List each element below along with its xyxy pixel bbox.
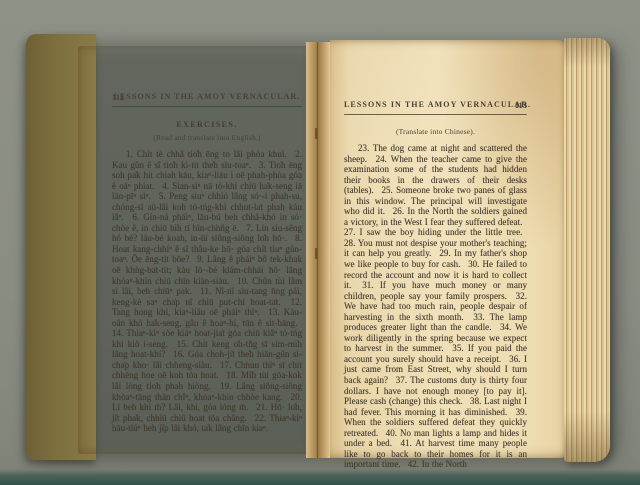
right-header-rule bbox=[344, 114, 527, 115]
left-body-text: 1. Chit tè chhâ tio̍h ēng to lâi phòa kh… bbox=[112, 149, 302, 434]
table-edge bbox=[0, 469, 640, 485]
right-page-edge-stack bbox=[564, 38, 610, 462]
right-page-number: 113 bbox=[515, 100, 527, 110]
right-instruction: (Translate into Chinese). bbox=[344, 127, 527, 136]
left-header-rule bbox=[112, 106, 302, 107]
book-gutter bbox=[306, 42, 330, 458]
left-instruction: (Read and translate into English.) bbox=[112, 133, 302, 142]
open-book: 112 LESSONS IN THE AMOY VERNACULAR. EXER… bbox=[26, 30, 614, 462]
right-body-text: 23. The dog came at night and scattered … bbox=[344, 143, 527, 470]
left-page-header: 112 LESSONS IN THE AMOY VERNACULAR. bbox=[112, 92, 302, 104]
right-running-header: LESSONS IN THE AMOY VERNACULAR. bbox=[344, 100, 527, 109]
right-page-header: LESSONS IN THE AMOY VERNACULAR. 113 bbox=[344, 100, 527, 112]
left-running-header: LESSONS IN THE AMOY VERNACULAR. bbox=[112, 92, 302, 101]
left-page-content: 112 LESSONS IN THE AMOY VERNACULAR. EXER… bbox=[112, 92, 302, 434]
section-title-exercises: EXERCISES. bbox=[112, 120, 302, 129]
binding-thread bbox=[315, 248, 318, 259]
binding-thread bbox=[315, 128, 318, 139]
left-page-number: 112 bbox=[112, 92, 124, 102]
photograph-of-open-book: { "scene": { "background_color": "#8a8d8… bbox=[0, 0, 640, 485]
right-page-content: LESSONS IN THE AMOY VERNACULAR. 113 (Tra… bbox=[344, 100, 527, 470]
